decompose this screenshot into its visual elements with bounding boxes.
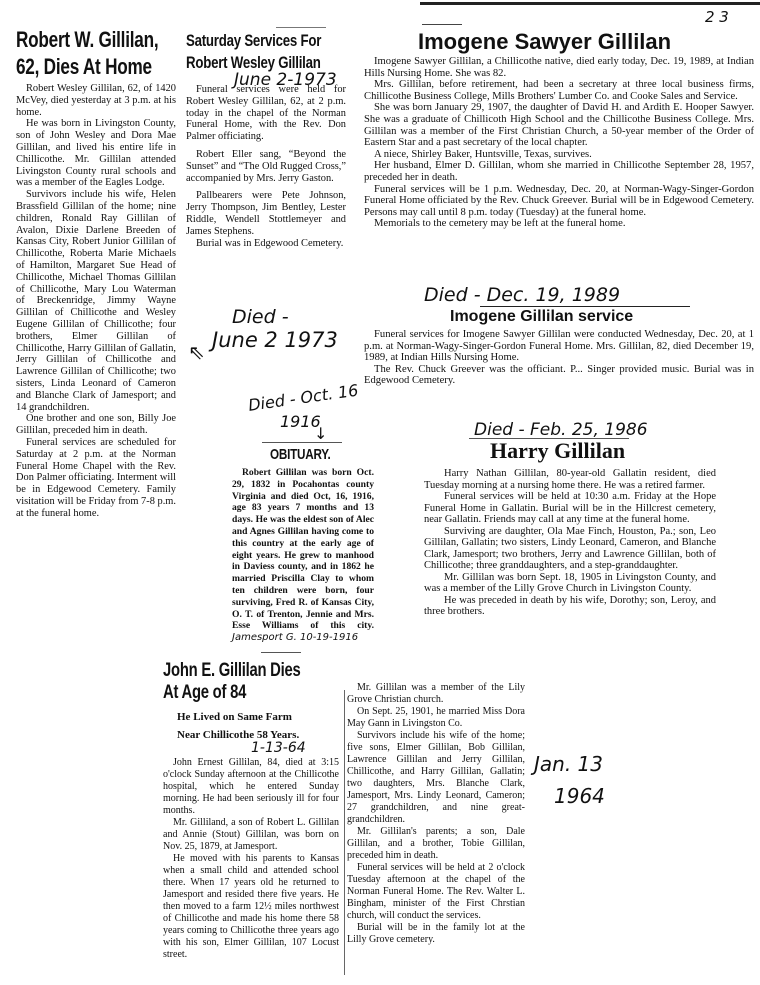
paragraph: Mrs. Gillilan, before retirement, had be… [364,79,754,102]
top-edge-rule [420,2,760,5]
handwritten-died-date: June 2 1973 [212,328,338,352]
headline: Imogene Sawyer Gillilan [418,29,754,55]
clip-imogene-gillilan-service: Imogene Gillilan service Funeral service… [364,307,754,387]
paragraph: Harry Nathan Gillilan, 80-year-old Galla… [424,468,716,491]
handwritten-date: June 2-1973 [234,70,337,90]
clip-imogene-sawyer-gillilan: Imogene Sawyer Gillilan Imogene Sawyer G… [364,24,754,230]
headline-line1: Robert W. Gillilan, [16,26,141,53]
paragraph: Burial was in Edgewood Cemetery. [186,238,346,250]
handwritten-died-note: Died - [232,306,289,328]
clip-obituary-1916: OBITUARY. Robert Gillilan was born Oct. … [232,442,374,644]
handwritten-1964: 1964 [554,784,605,808]
paragraph: John Ernest Gillilan, 84, died at 3:15 o… [163,757,339,817]
article-col1: John Ernest Gillilan, 84, died at 3:15 o… [163,757,339,961]
headline: Harry Gillilan [490,438,716,464]
article-body: Imogene Sawyer Gillilan, a Chillicothe n… [364,56,754,230]
paragraph: Funeral services will be held at 2 o'clo… [347,862,525,922]
paragraph: Mr. Gillilan was a member of the Lily Gr… [347,682,525,706]
paragraph: Funeral services were held for Robert We… [186,84,346,143]
handwritten-jan-13: Jan. 13 [534,752,603,776]
paragraph: Funeral services are scheduled for Satur… [16,437,176,520]
paragraph: Imogene Sawyer Gillilan, a Chillicothe n… [364,56,754,79]
clip-saturday-services: Saturday Services For Robert Wesley Gill… [186,30,346,249]
paragraph: One brother and one son, Billy Joe Gilli… [16,413,176,437]
handwritten-date: 1-13-64 [251,740,306,756]
column-divider [344,690,345,975]
headline-line1: John E. Gillilan Dies [163,660,459,682]
headline-line1: Saturday Services For [186,30,311,52]
paragraph: Memorials to the cemetery may be left at… [364,218,754,230]
headline: OBITUARY. [270,445,351,465]
divider [261,652,301,653]
paragraph: He was preceded in death by his wife, Do… [424,595,716,618]
paragraph: Funeral services will be 1 p.m. Wednesda… [364,184,754,219]
divider [262,442,342,443]
clip-harry-gillilan: Harry Gillilan Harry Nathan Gillilan, 80… [424,438,716,618]
paragraph: He moved with his parents to Kansas when… [163,853,339,961]
handwritten-source: Jamesport G. 10-19-1916 [232,632,358,643]
clip-john-e-gillilan: John E. Gillilan Dies At Age of 84 He Li… [163,660,543,742]
handwritten-died-1986: Died - Feb. 25, 1986 [474,420,648,440]
article-body: Funeral services were held for Robert We… [186,84,346,249]
article-col2: Mr. Gillilan was a member of the Lily Gr… [347,682,525,946]
paragraph: Survivors include his wife, Helen Brassf… [16,189,176,413]
paragraph: Funeral services for Imogene Sawyer Gill… [364,329,754,364]
divider [276,27,326,28]
paragraph: Surviving are daughter, Ola Mae Finch, H… [424,526,716,572]
headline: Imogene Gillilan service [450,307,754,327]
paragraph: He was born in Livingston County, son of… [16,118,176,189]
paragraph: Burial will be in the family lot at the … [347,922,525,946]
handwritten-died-1916-line1: Died - Oct. 16 [247,381,359,415]
paragraph: Mr. Gillilan's parents; a son, Dale Gill… [347,826,525,862]
paragraph: Funeral services will be held at 10:30 a… [424,491,716,526]
paragraph: Robert Gillilan was born Oct. 29, 1832 i… [232,467,374,631]
paragraph: On Sept. 25, 1901, he married Miss Dora … [347,706,525,730]
article-body: Robert Gillilan was born Oct. 29, 1832 i… [232,467,374,644]
paragraph: Mr. Gilliland, a son of Robert L. Gillil… [163,817,339,853]
article-body: Robert Wesley Gillilan, 62, of 1420 McVe… [16,83,176,519]
paragraph: She was born January 29, 1907, the daugh… [364,102,754,148]
paragraph: Pallbearers were Pete Johnson, Jerry Tho… [186,190,346,237]
paragraph: A niece, Shirley Baker, Huntsville, Texa… [364,149,754,161]
paragraph: Robert Eller sang, “Beyond the Sunset” a… [186,149,346,184]
handwritten-died-1989: Died - Dec. 19, 1989 [424,284,620,306]
pointer-arrow-icon: ⇖ [188,340,205,364]
paragraph: Her husband, Elmer D. Gillilan, whom she… [364,160,754,183]
paragraph: Robert Wesley Gillilan, 62, of 1420 McVe… [16,83,176,118]
clip-robert-w-gillilan: Robert W. Gillilan, 62, Dies At Home Rob… [16,26,176,519]
divider [469,438,629,439]
article-body: Funeral services for Imogene Sawyer Gill… [364,329,754,387]
paragraph: Mr. Gillilan was born Sept. 18, 1905 in … [424,572,716,595]
headline-line2: 62, Dies At Home [16,53,141,80]
paragraph: The Rev. Chuck Greever was the officiant… [364,364,754,387]
divider [422,24,462,25]
article-body: Harry Nathan Gillilan, 80-year-old Galla… [424,468,716,618]
down-arrow-icon: ↓ [314,424,327,443]
paragraph: Survivors include his wife of the home; … [347,730,525,826]
